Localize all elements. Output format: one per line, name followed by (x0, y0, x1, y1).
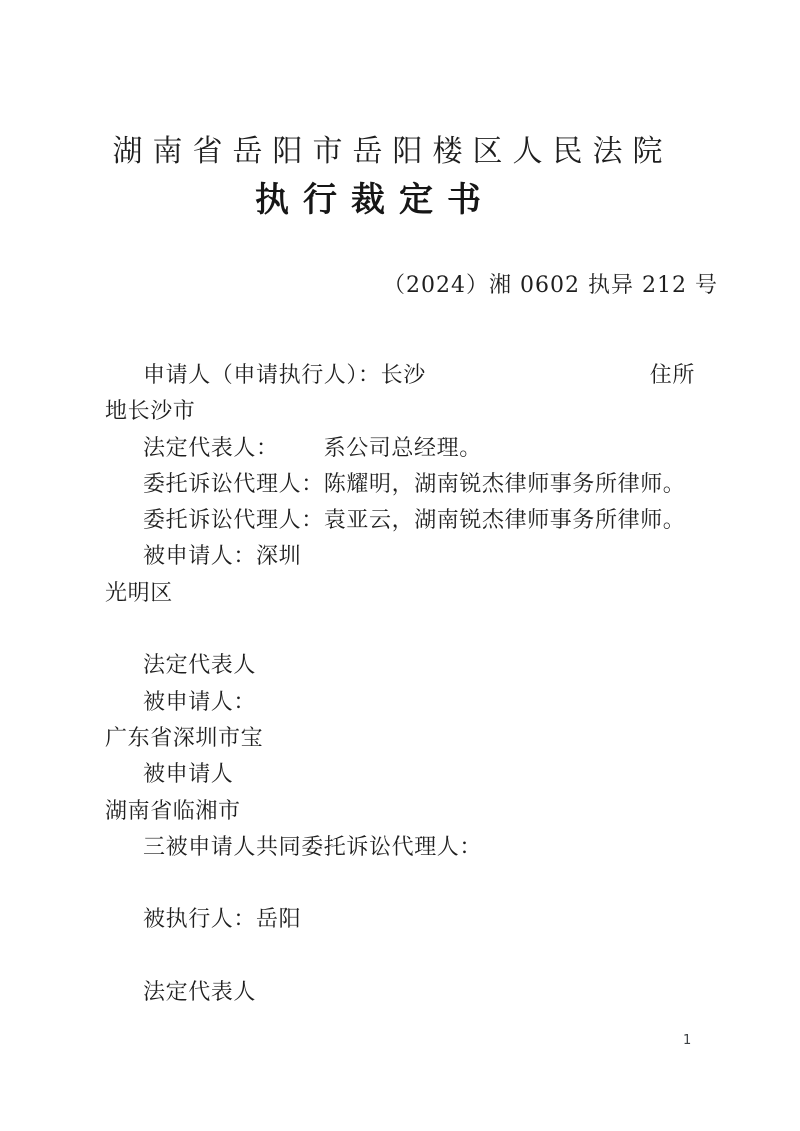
case-number: （2024）湘 0602 执异 212 号 (0, 271, 800, 301)
respondent-1-address-continuation: 光明区 (105, 576, 695, 612)
applicant-label: 申请人（申请执行人）：长沙 (105, 358, 426, 394)
blank-line (105, 939, 695, 975)
legal-representative-2-line: 法定代表人 (105, 648, 695, 684)
respondent-3-line: 被申请人 (105, 757, 695, 793)
court-name-heading: 湖南省岳阳市岳阳楼区人民法院 (0, 135, 800, 169)
applicant-address-continuation: 地长沙市 (105, 394, 695, 430)
legal-representative-note: 系公司总经理。 (324, 436, 482, 461)
applicant-residence-label: 住所 (650, 358, 695, 394)
legal-representative-label: 法定代表人： (143, 436, 279, 461)
blank-line (105, 612, 695, 648)
document-body: 申请人（申请执行人）：长沙 住所 地长沙市 法定代表人：系公司总经理。 委托诉讼… (105, 358, 695, 1011)
legal-representative-3-line: 法定代表人 (105, 975, 695, 1011)
respondent-2-address-continuation: 广东省深圳市宝 (105, 721, 695, 757)
litigation-agent-line-1: 委托诉讼代理人：陈耀明，湖南锐杰律师事务所律师。 (105, 467, 695, 503)
blank-line (105, 866, 695, 902)
applicant-line: 申请人（申请执行人）：长沙 住所 (105, 358, 695, 394)
respondent-2-line: 被申请人： (105, 685, 695, 721)
page-number: 1 (683, 1033, 691, 1049)
litigation-agent-line-2: 委托诉讼代理人：袁亚云，湖南锐杰律师事务所律师。 (105, 503, 695, 539)
respondent-3-address-continuation: 湖南省临湘市 (105, 794, 695, 830)
joint-agent-line: 三被申请人共同委托诉讼代理人： (105, 830, 695, 866)
legal-representative-line: 法定代表人：系公司总经理。 (105, 431, 695, 467)
court-ruling-document-page: 湖南省岳阳市岳阳楼区人民法院 执行裁定书 （2024）湘 0602 执异 212… (0, 0, 800, 1131)
executee-line: 被执行人：岳阳 (105, 902, 695, 938)
document-title: 执行裁定书 (0, 181, 800, 219)
respondent-1-line: 被申请人：深圳 (105, 539, 695, 575)
